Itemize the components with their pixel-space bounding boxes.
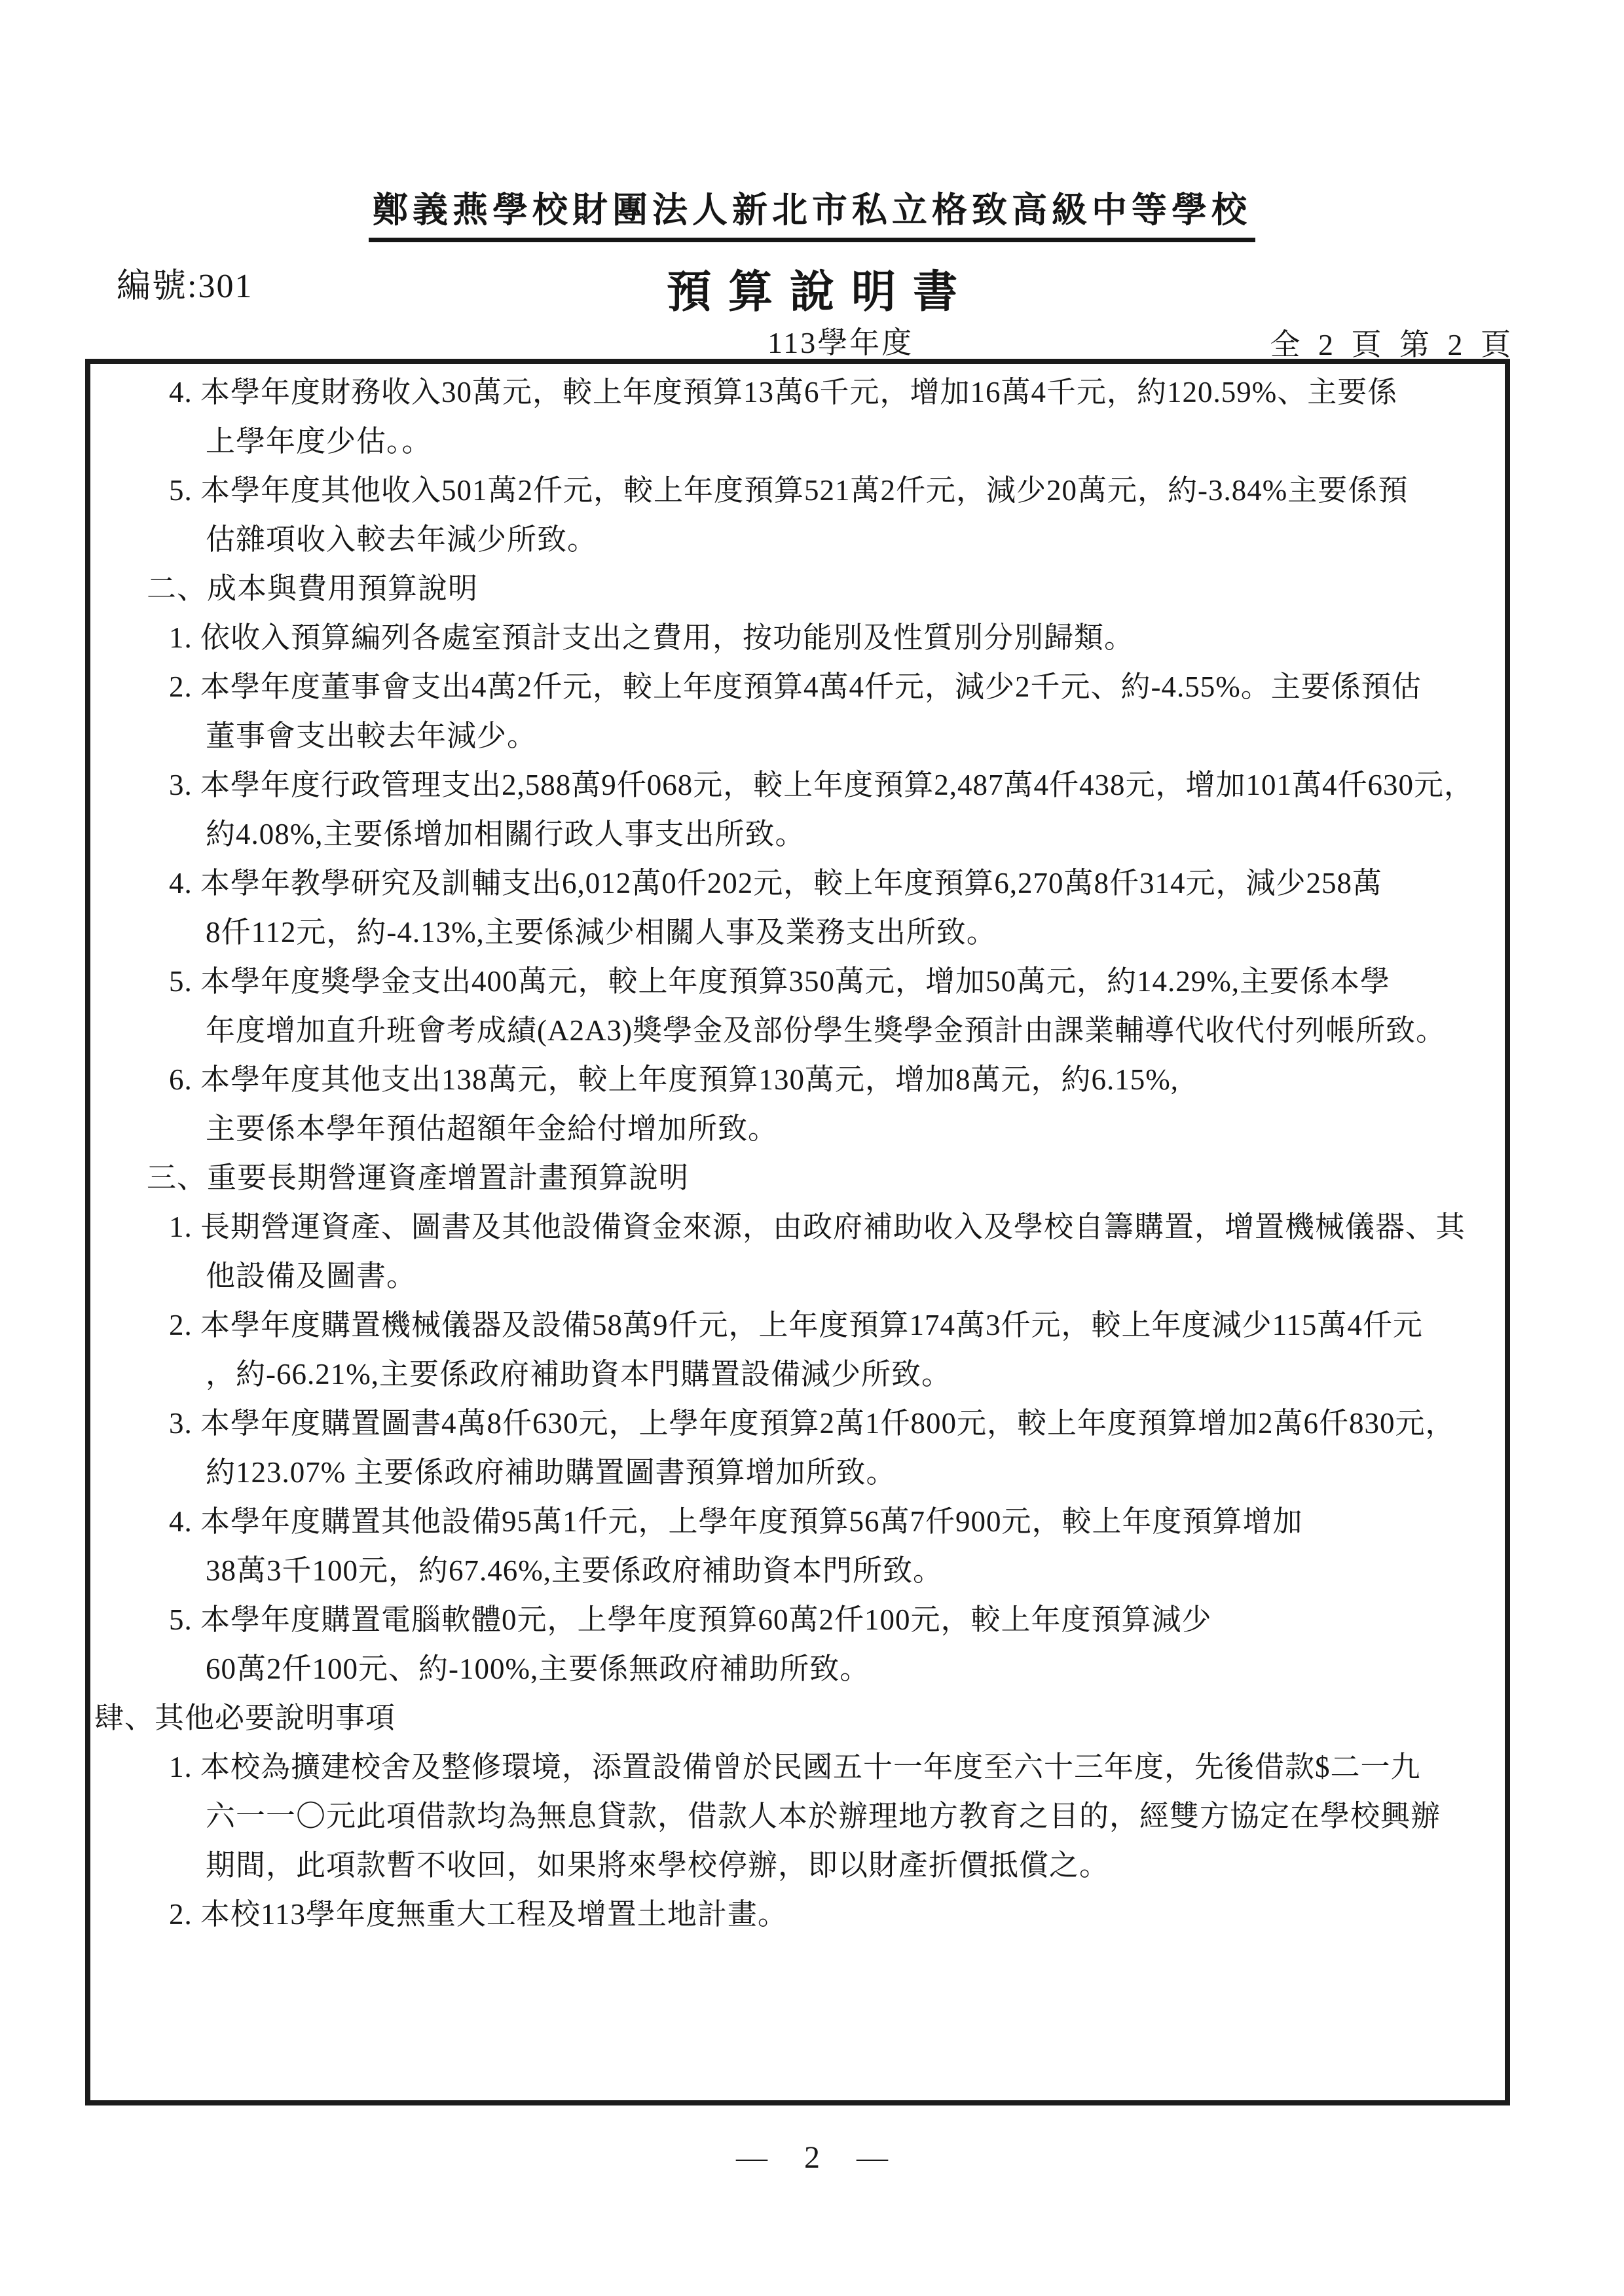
body-line: 二、成本與費用預算說明: [147, 564, 1505, 613]
body-line: 5. 本學年度購置電腦軟體0元，上學年度預算60萬2仟100元，較上年度預算減少: [169, 1595, 1505, 1645]
body-line: 2. 本學年度購置機械儀器及設備58萬9仟元，上年度預算174萬3仟元，較上年度…: [169, 1301, 1505, 1350]
body-line: 三、重要長期營運資產增置計畫預算說明: [147, 1154, 1505, 1203]
body-line: 年度增加直升班會考成績(A2A3)獎學金及部份學生獎學金預計由課業輔導代收代付列…: [206, 1006, 1505, 1055]
body-line: 他設備及圖書。: [206, 1252, 1505, 1301]
page-count-label: 全 2 頁 第 2 頁: [1270, 321, 1517, 364]
body-line: 5. 本學年度其他收入501萬2仟元，較上年度預算521萬2仟元，減少20萬元，…: [169, 466, 1505, 515]
body-line: 董事會支出較去年減少。: [206, 712, 1505, 761]
body-line: 2. 本學年度董事會支出4萬2仟元，較上年度預算4萬4仟元，減少2千元、約-4.…: [169, 663, 1505, 712]
body-line: 60萬2仟100元、約-100%,主要係無政府補助所致。: [206, 1645, 1505, 1694]
body-line: 約123.07% 主要係政府補助購置圖書預算增加所致。: [206, 1448, 1505, 1497]
body-line: 主要係本學年預估超額年金給付增加所致。: [206, 1104, 1505, 1154]
body-line: 5. 本學年度獎學金支出400萬元，較上年度預算350萬元，增加50萬元，約14…: [169, 957, 1505, 1006]
footer-page-number: — 2 —: [0, 2140, 1624, 2176]
body-line: 4. 本學年度購置其他設備95萬1仟元，上學年度預算56萬7仟900元，較上年度…: [169, 1497, 1505, 1546]
body-line: 8仟112元，約-4.13%,主要係減少相關人事及業務支出所致。: [206, 908, 1505, 957]
body-line: 1. 長期營運資產、圖書及其他設備資金來源，由政府補助收入及學校自籌購置，增置機…: [169, 1203, 1505, 1252]
body-line: 上學年度少估。。: [206, 417, 1505, 466]
body-line: 3. 本學年度行政管理支出2,588萬9仟068元，較上年度預算2,487萬4仟…: [169, 761, 1505, 810]
body-line: 4. 本學年教學研究及訓輔支出6,012萬0仟202元，較上年度預算6,270萬…: [169, 859, 1505, 908]
body-line: 估雜項收入較去年減少所致。: [206, 515, 1505, 564]
body-line: 1. 本校為擴建校舍及整修環境，添置設備曾於民國五十一年度至六十三年度，先後借款…: [169, 1743, 1505, 1792]
page-title: 預算說明書: [0, 257, 1624, 320]
body-line: 1. 依收入預算編列各處室預計支出之費用，按功能別及性質別分別歸類。: [169, 613, 1505, 663]
document-page: 鄭義燕學校財團法人新北市私立格致高級中等學校 編號:301 預算說明書 113學…: [0, 0, 1624, 2296]
body-line: 約4.08%,主要係增加相關行政人事支出所致。: [206, 810, 1505, 859]
body-line: 六一一〇元此項借款均為無息貸款，借款人本於辦理地方教育之目的，經雙方協定在學校興…: [206, 1792, 1505, 1841]
body-line: 4. 本學年度財務收入30萬元，較上年度預算13萬6千元，增加16萬4千元，約1…: [169, 368, 1505, 417]
body-line: 肆、其他必要說明事項: [94, 1694, 1505, 1743]
body-line: 38萬3千100元，約67.46%,主要係政府補助資本門所致。: [206, 1546, 1505, 1595]
body-line: 期間，此項款暫不收回，如果將來學校停辦，即以財產折價抵償之。: [206, 1841, 1505, 1890]
school-name-title: 鄭義燕學校財團法人新北市私立格致高級中等學校: [369, 182, 1255, 242]
header: 鄭義燕學校財團法人新北市私立格致高級中等學校: [0, 182, 1624, 242]
body-line: 6. 本學年度其他支出138萬元，較上年度預算130萬元，增加8萬元，約6.15…: [169, 1055, 1505, 1104]
body-lines: 4. 本學年度財務收入30萬元，較上年度預算13萬6千元，增加16萬4千元，約1…: [85, 359, 1510, 2105]
body-line: 2. 本校113學年度無重大工程及增置土地計畫。: [169, 1890, 1505, 1939]
body-line: 3. 本學年度購置圖書4萬8仟630元，上學年度預算2萬1仟800元，較上年度預…: [169, 1399, 1505, 1448]
school-year-label: 113學年度: [767, 319, 913, 362]
body-line: ，約-66.21%,主要係政府補助資本門購置設備減少所致。: [206, 1350, 1505, 1399]
